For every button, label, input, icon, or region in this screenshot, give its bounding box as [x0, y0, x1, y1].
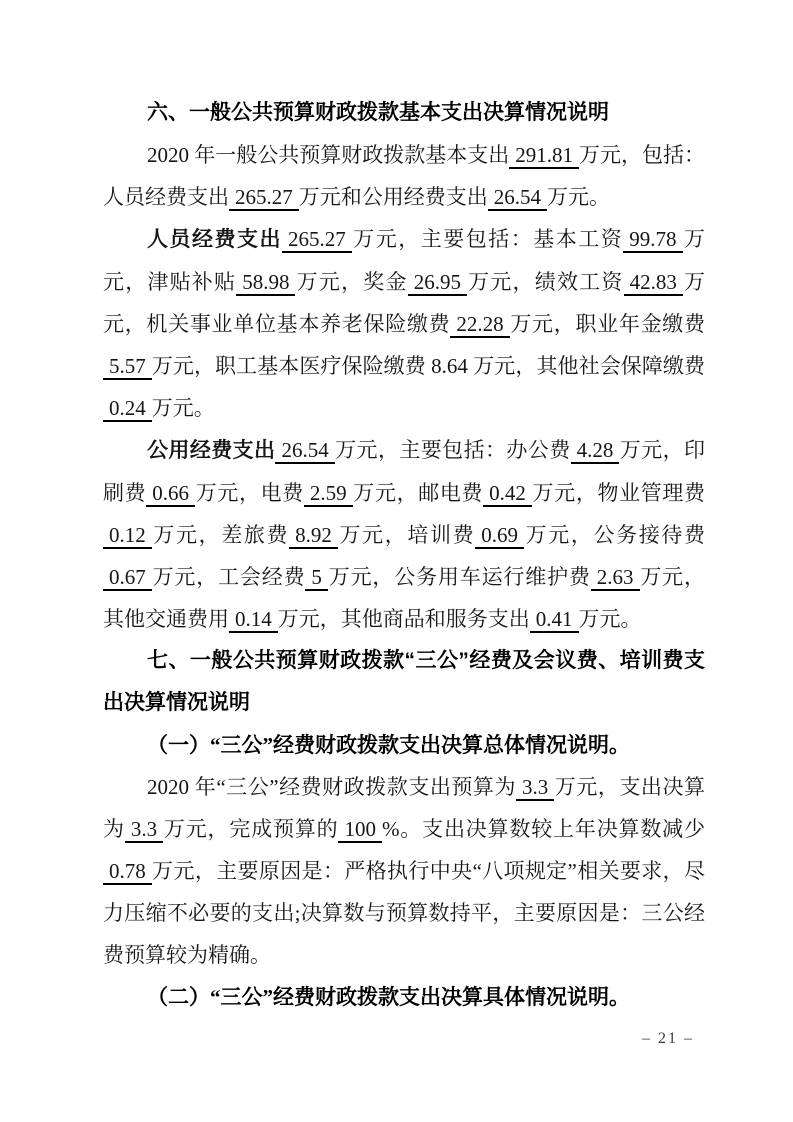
underlined-value: 0.12 [103, 523, 152, 549]
underlined-value: 26.54 [275, 438, 334, 464]
bold-lead-in: 人员经费支出 [147, 228, 282, 251]
text-run: 万元，主要包括：办公费 [335, 438, 571, 462]
text-run: 万元，公务接待费 [524, 523, 705, 547]
underlined-value: 2.63 [591, 565, 640, 591]
underlined-value: 99.78 [623, 227, 682, 253]
text-run: 2020 年一般公共预算财政拨款基本支出 [147, 143, 509, 167]
text-run: 万元，完成预算的 [163, 817, 338, 841]
text-run: 万元，职业年金缴费 [510, 312, 705, 336]
text-run: 万元，其他商品和服务支出 [278, 607, 530, 631]
underlined-value: 5 [305, 565, 328, 591]
text-run: 万元。 [579, 607, 642, 631]
text-run: 七、一般公共预算财政拨款“三公”经费及会议费、培训费支出决算情况说明 [103, 649, 705, 714]
document-page: 六、一般公共预算财政拨款基本支出决算情况说明 2020 年一般公共预算财政拨款基… [0, 0, 793, 1122]
text-run: 万元，奖金 [295, 270, 407, 294]
text-run: 万元，工会经费 [152, 565, 306, 589]
underlined-value: 0.14 [229, 607, 278, 633]
text-run: 万元。 [547, 185, 610, 209]
underlined-value: 2.59 [304, 481, 353, 507]
underlined-value: 265.27 [282, 227, 352, 253]
text-run: 2020 年“三公”经费财政拨款支出预算为 [147, 775, 516, 799]
text-run: 万元，电费 [195, 481, 304, 505]
text-run: 万元，主要包括：基本工资 [352, 227, 624, 251]
para-three-public-funds: 2020 年“三公”经费财政拨款支出预算为3.3万元，支出决算为3.3万元，完成… [103, 766, 705, 976]
underlined-value: 0.69 [475, 523, 524, 549]
underlined-value: 0.42 [483, 481, 532, 507]
text-run: 万元，主要原因是：严格执行中央“八项规定”相关要求，尽力压缩不必要的支出;决算数… [103, 859, 705, 967]
text-run: 万元。 [152, 396, 215, 420]
section-heading-6: 六、一般公共预算财政拨款基本支出决算情况说明 [103, 92, 705, 134]
underlined-value: 42.83 [624, 270, 683, 296]
text-run: 万元，公务用车运行维护费 [328, 565, 591, 589]
underlined-value: 5.57 [103, 354, 152, 380]
underlined-value: 100 [338, 817, 382, 843]
underlined-value: 26.95 [408, 270, 467, 296]
text-run: 六、一般公共预算财政拨款基本支出决算情况说明 [147, 101, 609, 124]
text-run: 万元和公用经费支出 [299, 185, 488, 209]
subheading-three-public-detail: （二）“三公”经费财政拨款支出决算具体情况说明。 [103, 976, 705, 1018]
underlined-value: 4.28 [571, 438, 620, 464]
underlined-value: 22.28 [450, 312, 509, 338]
underlined-value: 58.98 [236, 270, 295, 296]
para-public-expenditure: 公用经费支出26.54万元，主要包括：办公费4.28万元，印刷费0.66万元，电… [103, 429, 705, 640]
bold-lead-in: 公用经费支出 [147, 439, 275, 462]
page-number: – 21 – [642, 1030, 694, 1048]
underlined-value: 8.92 [289, 523, 338, 549]
section-heading-7: 七、一般公共预算财政拨款“三公”经费及会议费、培训费支出决算情况说明 [103, 640, 705, 724]
underlined-value: 3.3 [516, 775, 554, 801]
underlined-value: 3.3 [125, 817, 163, 843]
underlined-value: 0.67 [103, 565, 152, 591]
text-run: 万元，物业管理费 [532, 481, 705, 505]
underlined-value: 0.66 [146, 481, 195, 507]
underlined-value: 0.24 [103, 396, 152, 422]
underlined-value: 291.81 [509, 143, 579, 169]
text-run: 万元，培训费 [338, 523, 475, 547]
underlined-value: 265.27 [229, 185, 299, 211]
underlined-value: 26.54 [488, 185, 547, 211]
para-basic-expenditure-total: 2020 年一般公共预算财政拨款基本支出291.81万元，包括：人员经费支出26… [103, 134, 705, 218]
underlined-value: 0.78 [103, 859, 152, 885]
underlined-value: 0.41 [530, 607, 579, 633]
text-run: %。支出决算数较上年决算数减少 [382, 817, 705, 841]
text-run: 万元，绩效工资 [467, 270, 624, 294]
para-personnel-expenditure: 人员经费支出265.27万元，主要包括：基本工资99.78万元，津贴补贴58.9… [103, 218, 705, 429]
text-run: （一）“三公”经费财政拨款支出决算总体情况说明。 [147, 733, 630, 757]
document-content: 六、一般公共预算财政拨款基本支出决算情况说明 2020 年一般公共预算财政拨款基… [103, 92, 705, 1018]
text-run: 万元，职工基本医疗保险缴费 8.64 万元，其他社会保障缴费 [152, 354, 705, 378]
text-run: （二）“三公”经费财政拨款支出决算具体情况说明。 [147, 985, 630, 1009]
text-run: 万元，差旅费 [152, 523, 289, 547]
subheading-three-public-overall: （一）“三公”经费财政拨款支出决算总体情况说明。 [103, 724, 705, 766]
text-run: 万元，邮电费 [353, 481, 484, 505]
